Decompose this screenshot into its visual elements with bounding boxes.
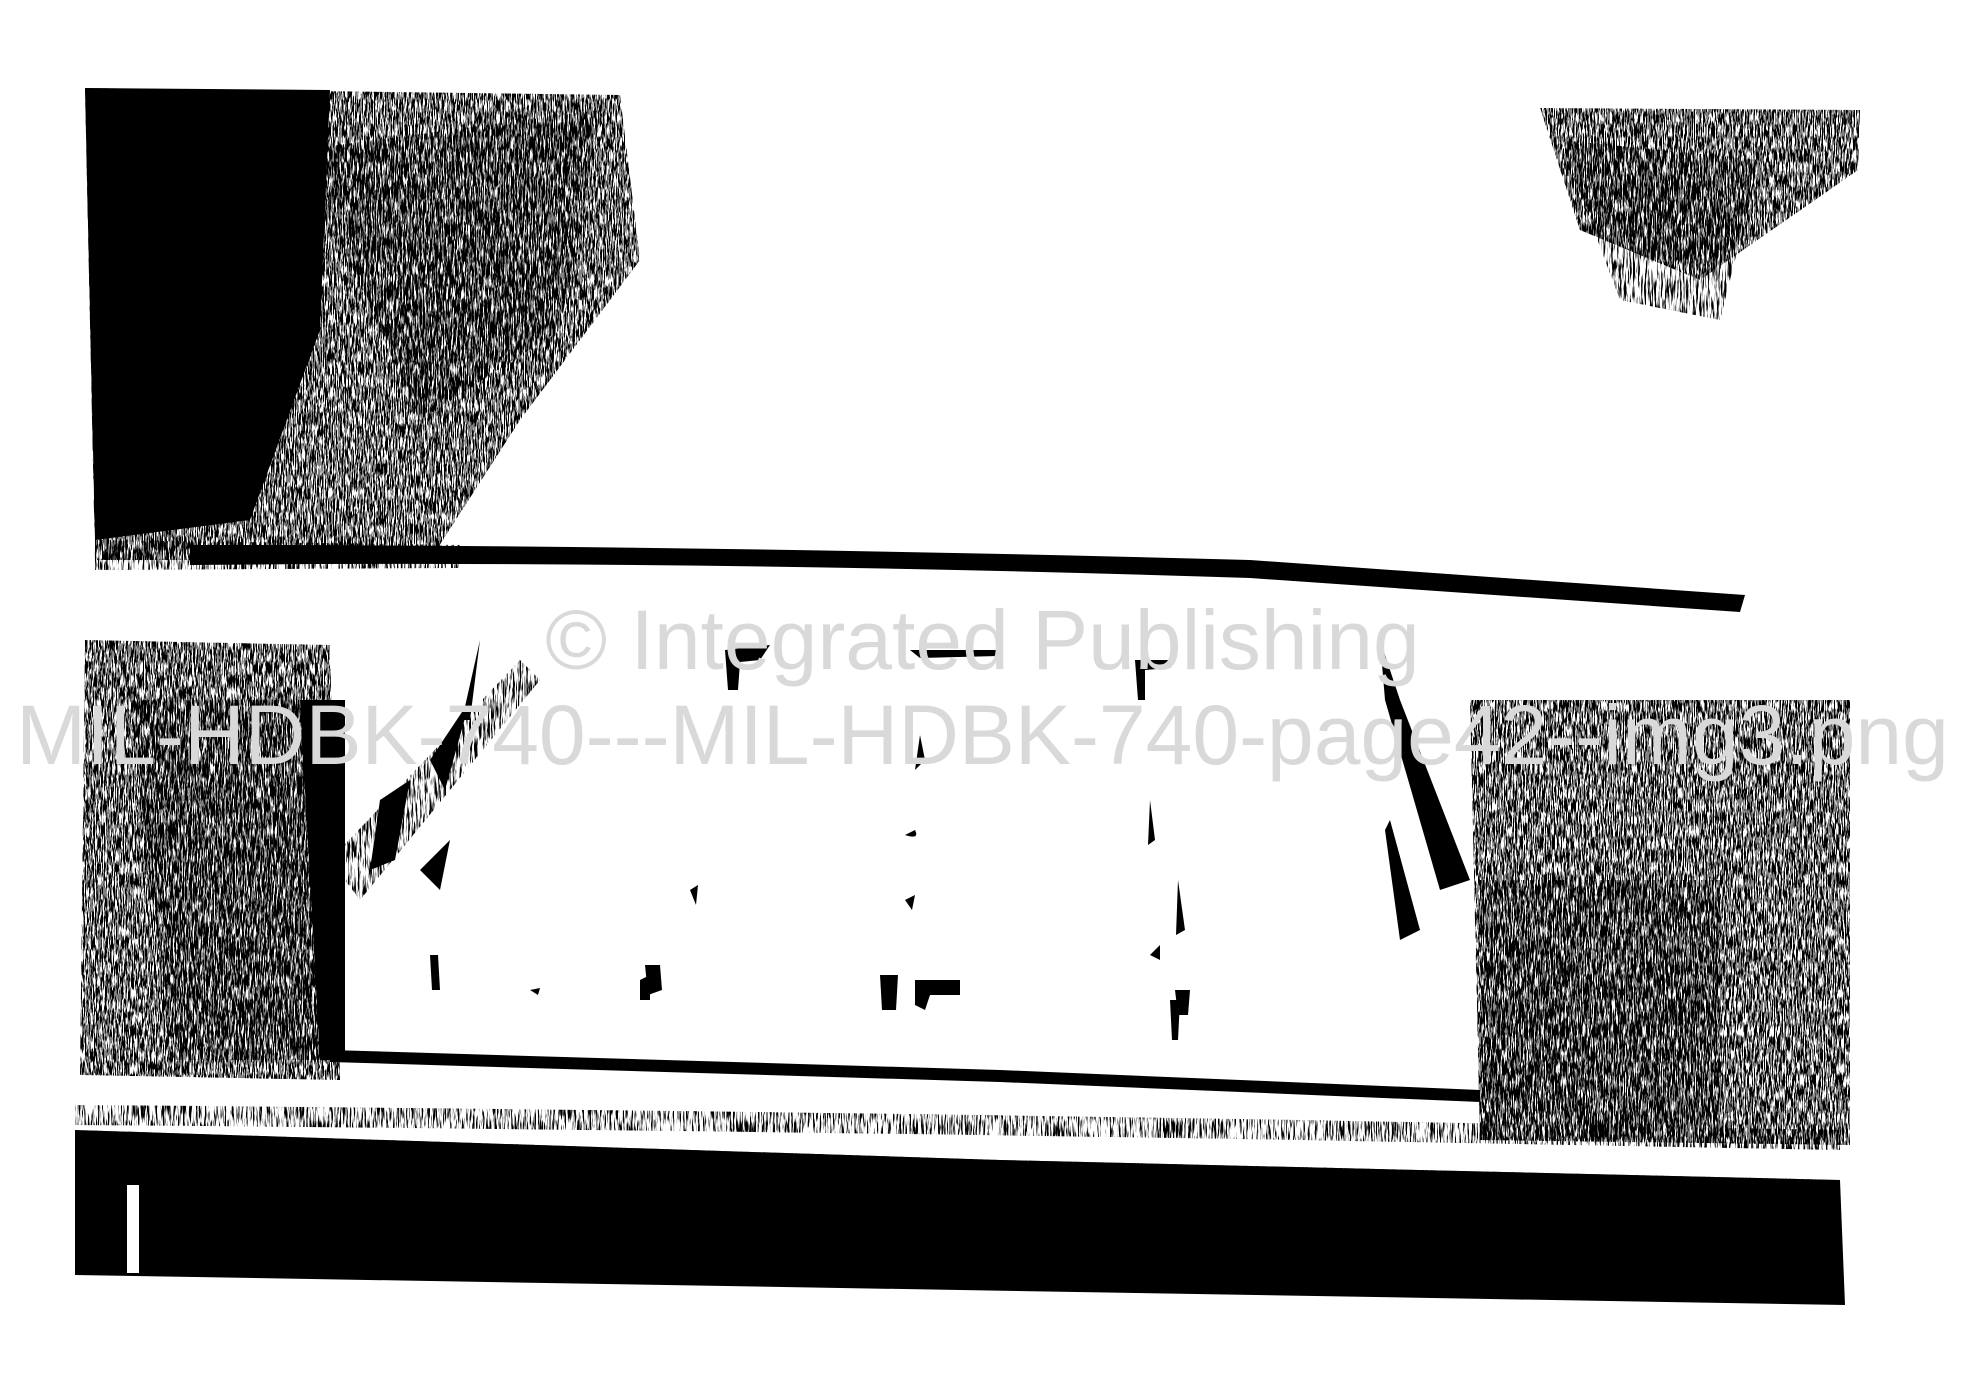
white-tray (330, 640, 1470, 1040)
background-left-dark (80, 640, 345, 1080)
back-shelf-edge (95, 540, 1745, 612)
background-upper-right-texture (1540, 108, 1860, 320)
background-right-dark (1470, 700, 1850, 1145)
scanned-photograph (0, 0, 1965, 1385)
background-upper-left-shadow (85, 88, 640, 560)
